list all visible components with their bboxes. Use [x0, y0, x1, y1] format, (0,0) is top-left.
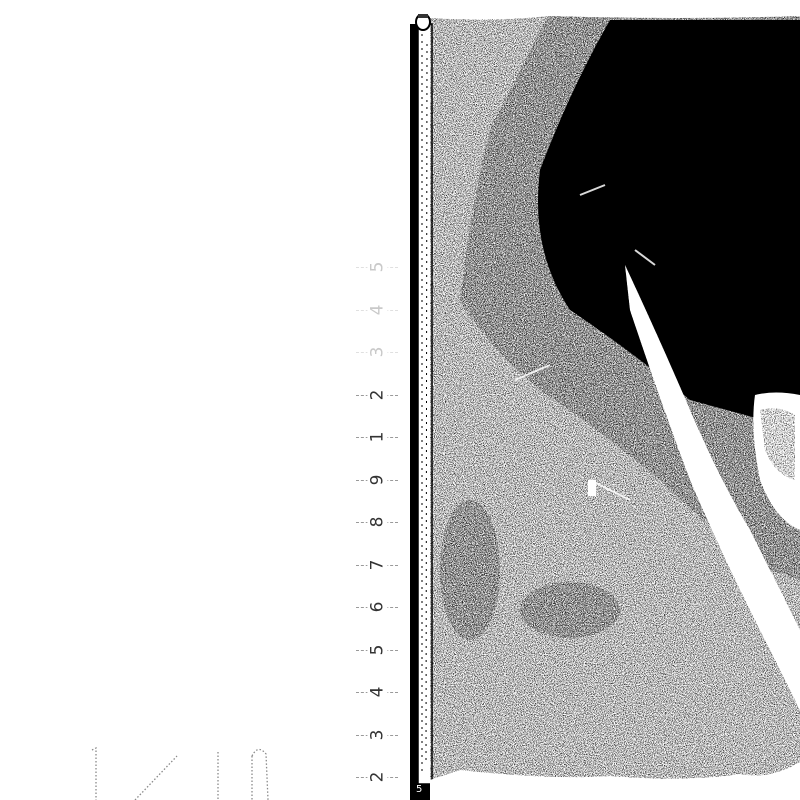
- ruler-mark: 7: [352, 553, 402, 577]
- ruler-digit: 3: [367, 727, 387, 742]
- ruler-digit: 2: [367, 387, 387, 402]
- ruler-digit: 1: [367, 430, 387, 445]
- rod-label: 5: [416, 784, 422, 795]
- ruler-mark: 8: [352, 510, 402, 534]
- measurement-ruler: 5432198765432: [352, 240, 402, 800]
- ruler-mark: 2: [352, 383, 402, 407]
- ruler-mark: 5: [352, 638, 402, 662]
- ruler-digit: 5: [367, 642, 387, 657]
- ruler-mark: 4: [352, 298, 402, 322]
- ruler-mark: 2: [352, 765, 402, 789]
- ruler-mark: 5: [352, 255, 402, 279]
- ruler-mark: 1: [352, 425, 402, 449]
- ruler-mark: 9: [352, 468, 402, 492]
- ruler-digit: 4: [367, 302, 387, 317]
- stone-specimen-scan: [430, 10, 800, 800]
- ruler-mark: 6: [352, 595, 402, 619]
- ruler-digit: 9: [367, 472, 387, 487]
- ruler-digit: 2: [367, 770, 387, 785]
- handwritten-annotation: 1 / 11: [60, 730, 300, 800]
- ruler-digit: 4: [367, 685, 387, 700]
- ruler-mark: 3: [352, 723, 402, 747]
- ruler-mark: 3: [352, 340, 402, 364]
- ruler-digit: 5: [367, 260, 387, 275]
- ruler-digit: 6: [367, 600, 387, 615]
- ruler-digit: 8: [367, 515, 387, 530]
- ruler-digit: 7: [367, 557, 387, 572]
- ruler-mark: 4: [352, 680, 402, 704]
- ruler-digit: 3: [367, 345, 387, 360]
